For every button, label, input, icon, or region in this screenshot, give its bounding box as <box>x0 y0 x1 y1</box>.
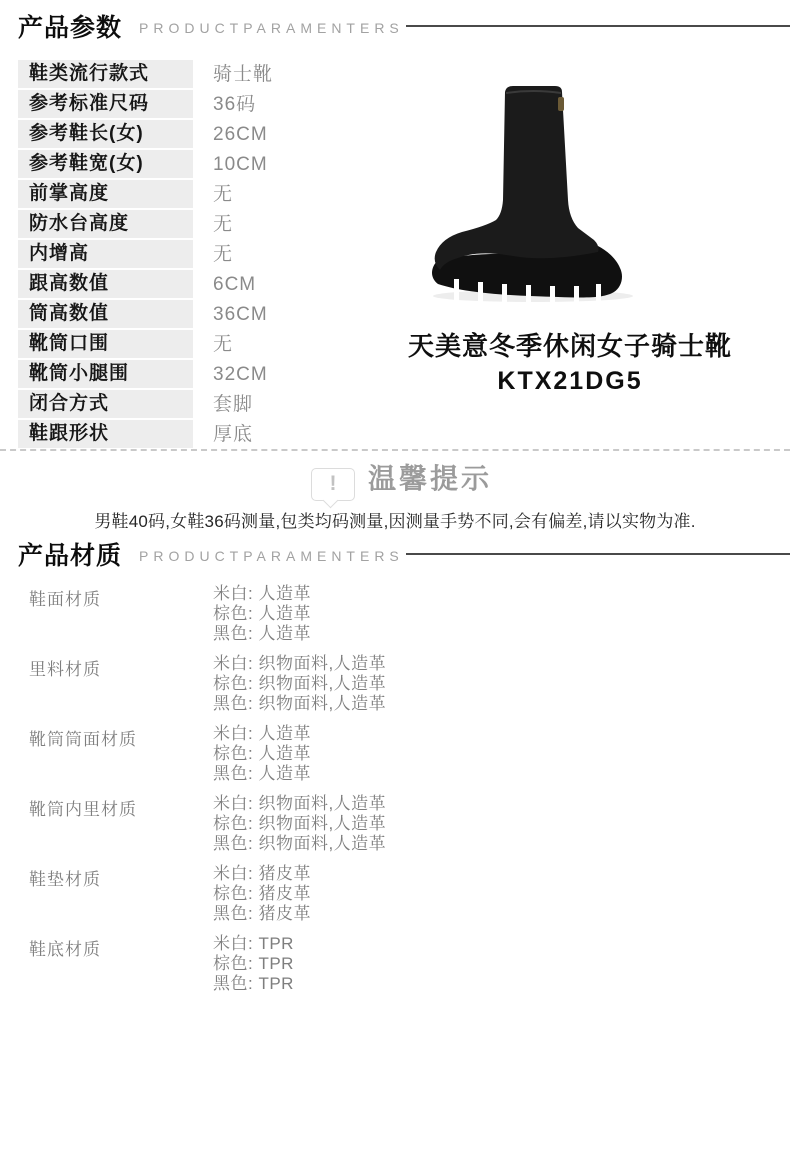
param-label: 鞋跟形状 <box>18 420 193 448</box>
param-row: 参考鞋宽(女)10CM <box>18 150 418 178</box>
param-row: 内增高无 <box>18 240 418 268</box>
material-value-line: 米白: 织物面料,人造革 <box>213 794 386 814</box>
section-subtitle: PRODUCTPARAMENTERS <box>139 20 404 36</box>
exclamation-mark: ! <box>312 469 354 499</box>
param-row: 前掌高度无 <box>18 180 418 208</box>
material-row: 里料材质米白: 织物面料,人造革棕色: 织物面料,人造革黑色: 织物面料,人造革 <box>29 654 729 714</box>
product-image-boot <box>428 80 658 308</box>
product-name: 天美意冬季休闲女子骑士靴 <box>385 326 755 363</box>
header-rule-line <box>406 553 790 555</box>
param-value: 无 <box>213 210 233 238</box>
material-value-line: 棕色: 织物面料,人造革 <box>213 814 386 834</box>
material-value-line: 米白: 猪皮革 <box>213 864 311 884</box>
section-title: 产品参数 <box>18 8 122 44</box>
material-value-line: 黑色: 人造革 <box>213 624 311 644</box>
param-label: 内增高 <box>18 240 193 268</box>
param-row: 闭合方式套脚 <box>18 390 418 418</box>
param-value: 无 <box>213 330 233 358</box>
material-label: 里料材质 <box>29 654 213 714</box>
boot-illustration <box>428 80 658 305</box>
material-value-line: 米白: TPR <box>213 934 294 954</box>
param-row: 筒高数值36CM <box>18 300 418 328</box>
param-row: 参考标准尺码36码 <box>18 90 418 118</box>
param-row: 靴筒小腿围32CM <box>18 360 418 388</box>
material-row: 鞋垫材质米白: 猪皮革棕色: 猪皮革黑色: 猪皮革 <box>29 864 729 924</box>
param-value: 骑士靴 <box>213 60 273 88</box>
param-label: 参考鞋长(女) <box>18 120 193 148</box>
material-value-line: 黑色: TPR <box>213 974 294 994</box>
material-values: 米白: TPR棕色: TPR黑色: TPR <box>213 934 294 994</box>
param-label: 参考鞋宽(女) <box>18 150 193 178</box>
section-title: 产品材质 <box>18 536 122 572</box>
material-value-line: 黑色: 织物面料,人造革 <box>213 834 386 854</box>
section-materials-header: 产品材质 PRODUCTPARAMENTERS <box>0 534 790 574</box>
param-value: 10CM <box>213 150 268 178</box>
param-value: 无 <box>213 180 233 208</box>
dashed-divider <box>0 449 790 451</box>
param-value: 36CM <box>213 300 268 328</box>
material-label: 靴筒筒面材质 <box>29 724 213 784</box>
exclamation-bubble-icon: ! <box>311 468 355 501</box>
material-row: 靴筒内里材质米白: 织物面料,人造革棕色: 织物面料,人造革黑色: 织物面料,人… <box>29 794 729 854</box>
param-label: 跟高数值 <box>18 270 193 298</box>
material-values: 米白: 人造革棕色: 人造革黑色: 人造革 <box>213 584 311 644</box>
param-label: 前掌高度 <box>18 180 193 208</box>
material-row: 鞋面材质米白: 人造革棕色: 人造革黑色: 人造革 <box>29 584 729 644</box>
param-label: 防水台高度 <box>18 210 193 238</box>
param-row: 参考鞋长(女)26CM <box>18 120 418 148</box>
material-value-line: 黑色: 猪皮革 <box>213 904 311 924</box>
param-row: 跟高数值6CM <box>18 270 418 298</box>
material-value-line: 棕色: 猪皮革 <box>213 884 311 904</box>
param-value: 36码 <box>213 90 256 118</box>
material-row: 靴筒筒面材质米白: 人造革棕色: 人造革黑色: 人造革 <box>29 724 729 784</box>
material-label: 靴筒内里材质 <box>29 794 213 854</box>
param-row: 防水台高度无 <box>18 210 418 238</box>
material-value-line: 黑色: 人造革 <box>213 764 311 784</box>
param-value: 厚底 <box>213 420 253 448</box>
param-label: 参考标准尺码 <box>18 90 193 118</box>
param-label: 筒高数值 <box>18 300 193 328</box>
material-values: 米白: 织物面料,人造革棕色: 织物面料,人造革黑色: 织物面料,人造革 <box>213 654 386 714</box>
tips-title: 温馨提示 <box>368 457 492 497</box>
param-value: 26CM <box>213 120 268 148</box>
param-value: 套脚 <box>213 390 253 418</box>
param-row: 鞋类流行款式骑士靴 <box>18 60 418 88</box>
material-values: 米白: 猪皮革棕色: 猪皮革黑色: 猪皮革 <box>213 864 311 924</box>
product-model-code: KTX21DG5 <box>385 367 755 396</box>
material-label: 鞋垫材质 <box>29 864 213 924</box>
material-label: 鞋面材质 <box>29 584 213 644</box>
parameters-table: 鞋类流行款式骑士靴参考标准尺码36码参考鞋长(女)26CM参考鞋宽(女)10CM… <box>18 60 418 450</box>
material-value-line: 米白: 人造革 <box>213 584 311 604</box>
param-label: 靴筒小腿围 <box>18 360 193 388</box>
section-subtitle: PRODUCTPARAMENTERS <box>139 548 404 564</box>
material-value-line: 棕色: 人造革 <box>213 604 311 624</box>
param-label: 靴筒口围 <box>18 330 193 358</box>
header-rule-line <box>406 25 790 27</box>
material-value-line: 黑色: 织物面料,人造革 <box>213 694 386 714</box>
material-value-line: 棕色: 织物面料,人造革 <box>213 674 386 694</box>
material-value-line: 米白: 人造革 <box>213 724 311 744</box>
materials-list: 鞋面材质米白: 人造革棕色: 人造革黑色: 人造革里料材质米白: 织物面料,人造… <box>29 584 729 1004</box>
param-row: 鞋跟形状厚底 <box>18 420 418 448</box>
material-row: 鞋底材质米白: TPR棕色: TPR黑色: TPR <box>29 934 729 994</box>
material-label: 鞋底材质 <box>29 934 213 994</box>
material-value-line: 棕色: 人造革 <box>213 744 311 764</box>
material-values: 米白: 织物面料,人造革棕色: 织物面料,人造革黑色: 织物面料,人造革 <box>213 794 386 854</box>
param-value: 无 <box>213 240 233 268</box>
material-values: 米白: 人造革棕色: 人造革黑色: 人造革 <box>213 724 311 784</box>
param-row: 靴筒口围无 <box>18 330 418 358</box>
zipper-pull <box>558 97 564 111</box>
param-value: 32CM <box>213 360 268 388</box>
material-value-line: 棕色: TPR <box>213 954 294 974</box>
section-parameters-header: 产品参数 PRODUCTPARAMENTERS <box>0 6 790 46</box>
param-value: 6CM <box>213 270 256 298</box>
param-label: 鞋类流行款式 <box>18 60 193 88</box>
tips-note-text: 男鞋40码,女鞋36码测量,包类均码测量,因测量手势不同,会有偏差,请以实物为准… <box>0 507 790 532</box>
material-value-line: 米白: 织物面料,人造革 <box>213 654 386 674</box>
param-label: 闭合方式 <box>18 390 193 418</box>
